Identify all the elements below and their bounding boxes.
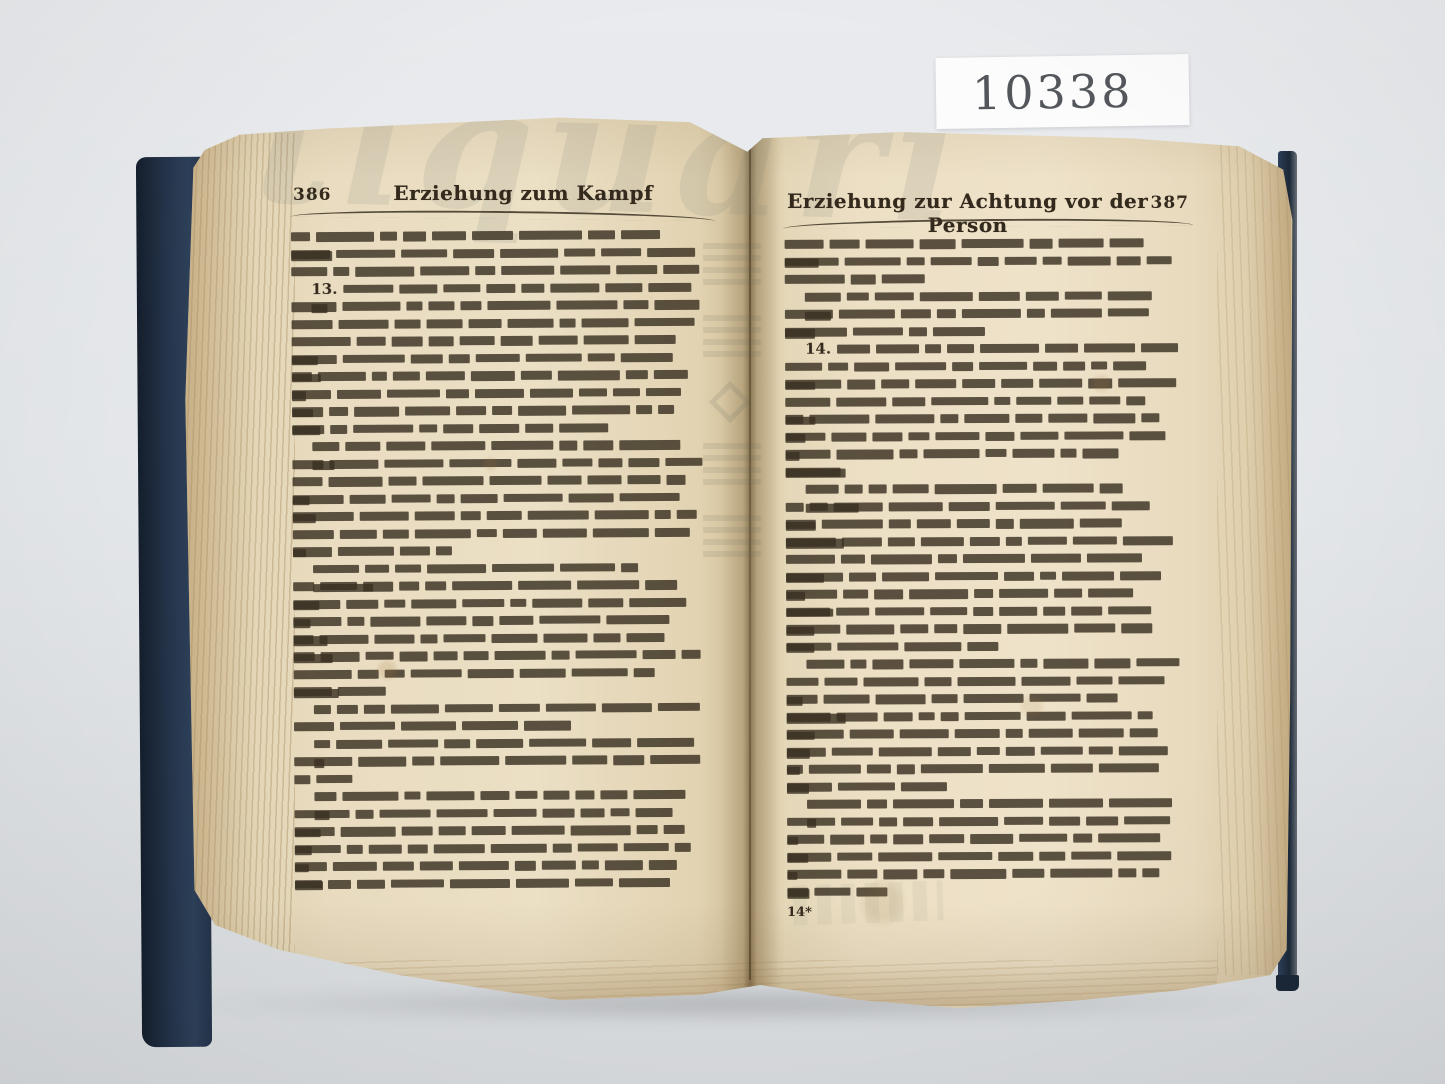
photo-of-open-book: tiquari 386 Erziehung zum Kampf 13. Erzi… (0, 0, 1445, 1084)
open-pages: tiquari 386 Erziehung zum Kampf 13. Erzi… (145, 115, 1297, 1010)
print-line (786, 462, 1186, 481)
print-line (787, 777, 1187, 796)
print-line (787, 829, 1187, 848)
print-line (786, 532, 1186, 551)
print-line (787, 812, 1187, 831)
print-line (787, 689, 1187, 708)
print-line (787, 882, 1187, 901)
print-line (785, 444, 1185, 463)
print-line (786, 584, 1186, 603)
print-line (785, 304, 1185, 323)
print-line (786, 514, 1186, 533)
print-line (785, 234, 1185, 253)
print-line (785, 374, 1185, 393)
left-running-head: Erziehung zum Kampf (332, 181, 716, 205)
print-line (786, 672, 1186, 691)
page-edges-right-fan (1217, 137, 1291, 975)
print-line (785, 252, 1185, 271)
print-line (786, 497, 1186, 516)
print-line (785, 392, 1185, 411)
right-page-header: Erziehung zur Achtung vor der Person 387 (785, 189, 1189, 237)
left-page-number: 386 (293, 185, 332, 205)
paragraph-number: 14. (805, 341, 831, 358)
print-line (785, 357, 1185, 376)
right-page-body-text: 14. (785, 234, 1188, 901)
paragraph-number: 13. (311, 280, 337, 297)
left-header-rule (291, 209, 715, 221)
print-line (785, 287, 1185, 306)
print-line: 14. (785, 339, 1185, 358)
print-line (787, 864, 1187, 883)
print-line (786, 637, 1186, 656)
print-line (785, 427, 1185, 446)
print-line (785, 409, 1185, 428)
inventory-label: 10338 (935, 54, 1189, 129)
print-line (785, 269, 1185, 288)
left-page-header: 386 Erziehung zum Kampf (293, 181, 715, 205)
print-line (787, 707, 1187, 726)
right-page-number: 387 (1151, 193, 1190, 213)
print-line (787, 742, 1187, 761)
print-line (787, 759, 1187, 778)
print-line (786, 567, 1186, 586)
print-line (785, 322, 1185, 341)
print-line (786, 654, 1186, 673)
printer-signature-mark: 14* (787, 905, 812, 920)
right-running-head: Erziehung zur Achtung vor der Person (785, 189, 1151, 237)
inventory-number: 10338 (935, 54, 1189, 130)
print-line (786, 549, 1186, 568)
left-page-body-text: 13. (291, 226, 711, 894)
print-line (295, 873, 711, 893)
print-line (786, 602, 1186, 621)
print-line (787, 794, 1187, 813)
print-line (786, 479, 1186, 498)
print-line (787, 724, 1187, 743)
book-gutter (721, 115, 779, 1010)
print-line (786, 619, 1186, 638)
print-line (787, 847, 1187, 866)
book: tiquari 386 Erziehung zum Kampf 13. Erzi… (145, 115, 1297, 1010)
